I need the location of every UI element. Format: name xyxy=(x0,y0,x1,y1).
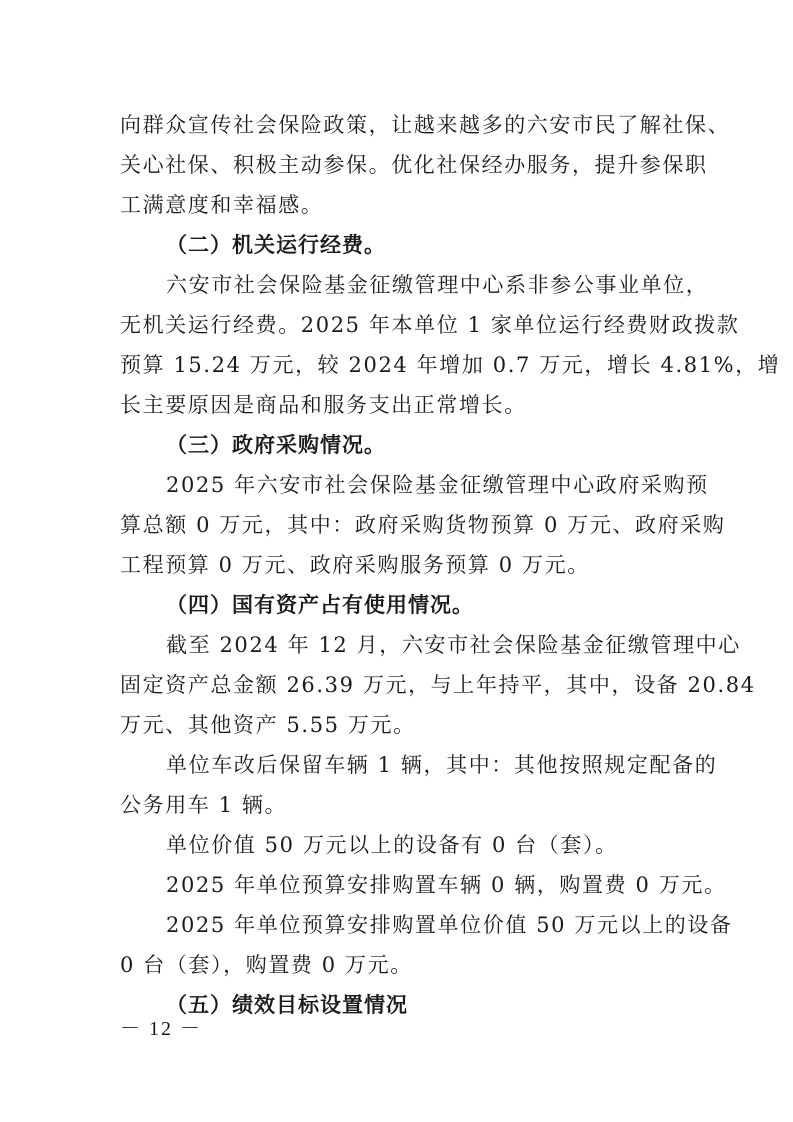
body-line: 长主要原因是商品和服务支出正常增长。 xyxy=(120,385,676,425)
body-line: 向群众宣传社会保险政策，让越来越多的六安市民了解社保、 xyxy=(120,105,676,145)
body-line: 单位价值 50 万元以上的设备有 0 台（套）。 xyxy=(120,825,676,865)
body-line: 2025 年单位预算安排购置车辆 0 辆，购置费 0 万元。 xyxy=(120,865,676,905)
body-line: 2025 年六安市社会保险基金征缴管理中心政府采购预 xyxy=(120,465,676,505)
body-line: 关心社保、积极主动参保。优化社保经办服务，提升参保职 xyxy=(120,145,676,185)
body-line: 截至 2024 年 12 月，六安市社会保险基金征缴管理中心 xyxy=(120,625,676,665)
page-number: － 12 － xyxy=(120,1012,202,1041)
body-line: 单位车改后保留车辆 1 辆，其中：其他按照规定配备的 xyxy=(120,745,676,785)
section-heading-2: （二）机关运行经费。 xyxy=(120,225,676,265)
document-page: 向群众宣传社会保险政策，让越来越多的六安市民了解社保、 关心社保、积极主动参保。… xyxy=(120,105,676,1025)
body-line: 六安市社会保险基金征缴管理中心系非参公事业单位， xyxy=(120,265,676,305)
body-line: 固定资产总金额 26.39 万元，与上年持平，其中，设备 20.84 xyxy=(120,665,676,705)
body-line: 公务用车 1 辆。 xyxy=(120,785,676,825)
section-heading-3: （三）政府采购情况。 xyxy=(120,425,676,465)
body-line: 预算 15.24 万元，较 2024 年增加 0.7 万元，增长 4.81%，增 xyxy=(120,345,676,385)
section-heading-4: （四）国有资产占有使用情况。 xyxy=(120,585,676,625)
body-line: 无机关运行经费。2025 年本单位 1 家单位运行经费财政拨款 xyxy=(120,305,676,345)
body-line: 2025 年单位预算安排购置单位价值 50 万元以上的设备 xyxy=(120,905,676,945)
body-line: 万元、其他资产 5.55 万元。 xyxy=(120,705,676,745)
body-line: 工程预算 0 万元、政府采购服务预算 0 万元。 xyxy=(120,545,676,585)
body-line: 0 台（套），购置费 0 万元。 xyxy=(120,945,676,985)
body-line: 工满意度和幸福感。 xyxy=(120,185,676,225)
section-heading-5: （五）绩效目标设置情况 xyxy=(120,985,676,1025)
body-line: 算总额 0 万元，其中：政府采购货物预算 0 万元、政府采购 xyxy=(120,505,676,545)
